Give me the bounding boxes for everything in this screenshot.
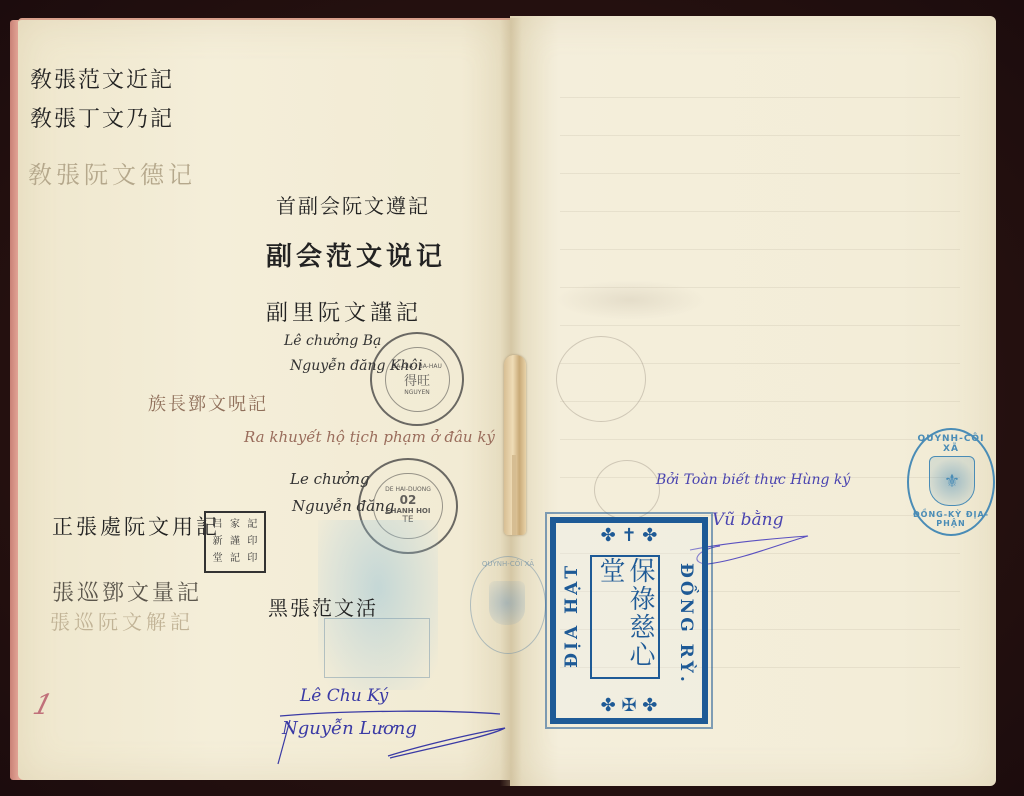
faint-oval-emblem xyxy=(489,581,525,625)
seal-char: 新 xyxy=(209,533,226,550)
cjk-entry-3-faded: 敎張阮文德记 xyxy=(28,155,196,190)
seal-left-text: ĐỊA HẠT xyxy=(562,563,582,668)
cjk-entry-7: 正張處阮文用記 xyxy=(52,511,220,541)
cjk-entry-10: 黑張范文活 xyxy=(268,592,378,621)
round-stamp-2-date: 02 xyxy=(400,493,417,507)
coat-of-arms-icon: ⚜ xyxy=(929,456,975,506)
binding-thread xyxy=(504,355,526,535)
cjk-entry-2: 敎張丁文乃記 xyxy=(30,102,174,133)
round-stamp-2-ring-text: DE HAI-DUONG xyxy=(385,486,431,493)
round-stamp-1-sub: NGUYEN xyxy=(404,389,429,396)
seal-right-text: ĐỒNG RỲ. xyxy=(676,563,696,685)
blue-signature-line-1: Lê Chu Ký xyxy=(300,686,388,706)
seal-char: 印 xyxy=(244,533,261,550)
seal-char: 謹 xyxy=(226,533,243,550)
round-stamp-1: BA-DIA · BA-HAU 得旺 NGUYEN xyxy=(370,332,464,426)
violet-signature: Vũ bằng xyxy=(712,510,783,530)
cjk-entry-1: 敎張范文近記 xyxy=(30,63,174,94)
seal-char: 吕 xyxy=(209,516,226,533)
signature-2-line-1: Le chưởng xyxy=(290,470,370,488)
bleed-through-text xyxy=(555,280,705,320)
seal-center-characters: 保祿慈心堂 xyxy=(590,555,660,679)
cjk-entry-brown: 族長鄧文呪記 xyxy=(148,390,268,416)
blue-parish-seal: ✤ ✝ ✤ ĐỊA HẠT 保祿慈心堂 ĐỒNG RỲ. ✤ ✠ ✤ xyxy=(550,517,708,724)
seal-char: 記 xyxy=(244,516,261,533)
round-stamp-1-center: 得旺 xyxy=(404,370,430,389)
faint-oval-stamp-text: QUYNH-CÔI XÃ xyxy=(471,560,545,568)
bleed-through-stamp-2 xyxy=(594,460,660,520)
oval-stamp-top-text: QUYNH-CÔI XÃ xyxy=(909,434,993,454)
seal-char: 堂 xyxy=(209,551,226,568)
round-stamp-2-center: CHANH HOI xyxy=(386,507,431,515)
seal-char: 記 xyxy=(226,551,243,568)
seal-char: 家 xyxy=(226,516,243,533)
square-seal: 吕 家 記 新 謹 印 堂 記 印 xyxy=(204,511,266,573)
bleed-through-round-stamp xyxy=(556,336,646,422)
violet-note: Bởi Toàn biết thực Hùng ký xyxy=(656,472,850,488)
oval-stamp-bottom-text: ĐỒNG-KỲ ĐỊA-PHẬN xyxy=(909,510,993,528)
cjk-entry-9-faded: 張巡阮文解記 xyxy=(50,606,194,635)
oval-commune-stamp: QUYNH-CÔI XÃ ⚜ ĐỒNG-KỲ ĐỊA-PHẬN xyxy=(907,428,995,536)
round-stamp-1-ring-text: BA-DIA · BA-HAU xyxy=(392,363,442,370)
signature-1-line-1: Lê chưởng Bạ xyxy=(284,333,381,349)
seal-char: 印 xyxy=(244,551,261,568)
faint-oval-stamp: QUYNH-CÔI XÃ xyxy=(470,556,546,654)
cjk-entry-4: 首副会阮文遵記 xyxy=(276,190,430,219)
cjk-entry-8: 張巡鄧文量記 xyxy=(52,576,202,607)
blue-signature-line-2: Nguyễn Lương xyxy=(282,718,417,739)
cjk-entry-6: 副里阮文謹記 xyxy=(266,296,422,327)
cjk-entry-5: 副会范文说记 xyxy=(266,236,446,273)
seal-top-ornament: ✤ ✝ ✤ xyxy=(556,525,702,546)
seal-bottom-ornament: ✤ ✠ ✤ xyxy=(556,695,702,716)
brown-script-note: Ra khuyết hộ tịch phạm ở đâu ký xyxy=(244,428,495,446)
